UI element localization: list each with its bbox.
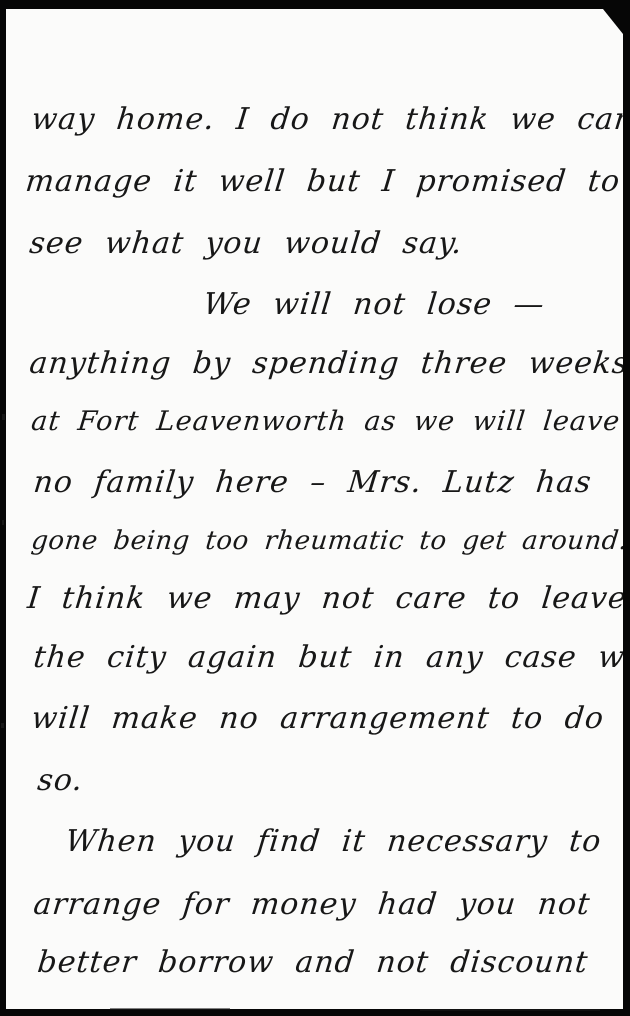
handwriting-line: see what you would say. xyxy=(28,229,464,259)
handwriting-line: the city again but in any case we xyxy=(32,643,630,673)
handwriting-line: When you find it necessary to xyxy=(64,827,603,857)
scan-artifact-speck xyxy=(2,414,5,420)
letter-paper-sheet: way home. I do not think we can manage i… xyxy=(6,9,623,1009)
handwriting-line: We will not lose — xyxy=(202,290,546,320)
handwriting-line: I think we may not care to leave xyxy=(26,584,628,614)
handwriting-line: no family here – Mrs. Lutz has xyxy=(32,468,593,498)
handwriting-line: so. xyxy=(36,766,85,796)
handwriting-line: at Fort Leavenworth as we will leave xyxy=(30,408,622,435)
handwriting-line: manage it well but I promised to xyxy=(24,167,622,197)
scan-artifact-edge-line xyxy=(420,1009,600,1011)
handwriting-line: better borrow and not discount xyxy=(36,948,590,978)
scanner-background: way home. I do not think we can manage i… xyxy=(0,0,630,1016)
handwriting-line: arrange for money had you not xyxy=(32,890,592,920)
scan-artifact-edge-line xyxy=(110,1008,230,1010)
scan-artifact-speck xyxy=(2,520,4,525)
handwriting-line: gone being too rheumatic to get around. xyxy=(30,528,629,554)
handwriting-line: anything by spending three weeks xyxy=(28,349,630,379)
scan-artifact-speck xyxy=(1,723,4,728)
handwriting-line: way home. I do not think we can xyxy=(30,105,630,135)
handwriting-line: will make no arrangement to do xyxy=(30,704,606,734)
